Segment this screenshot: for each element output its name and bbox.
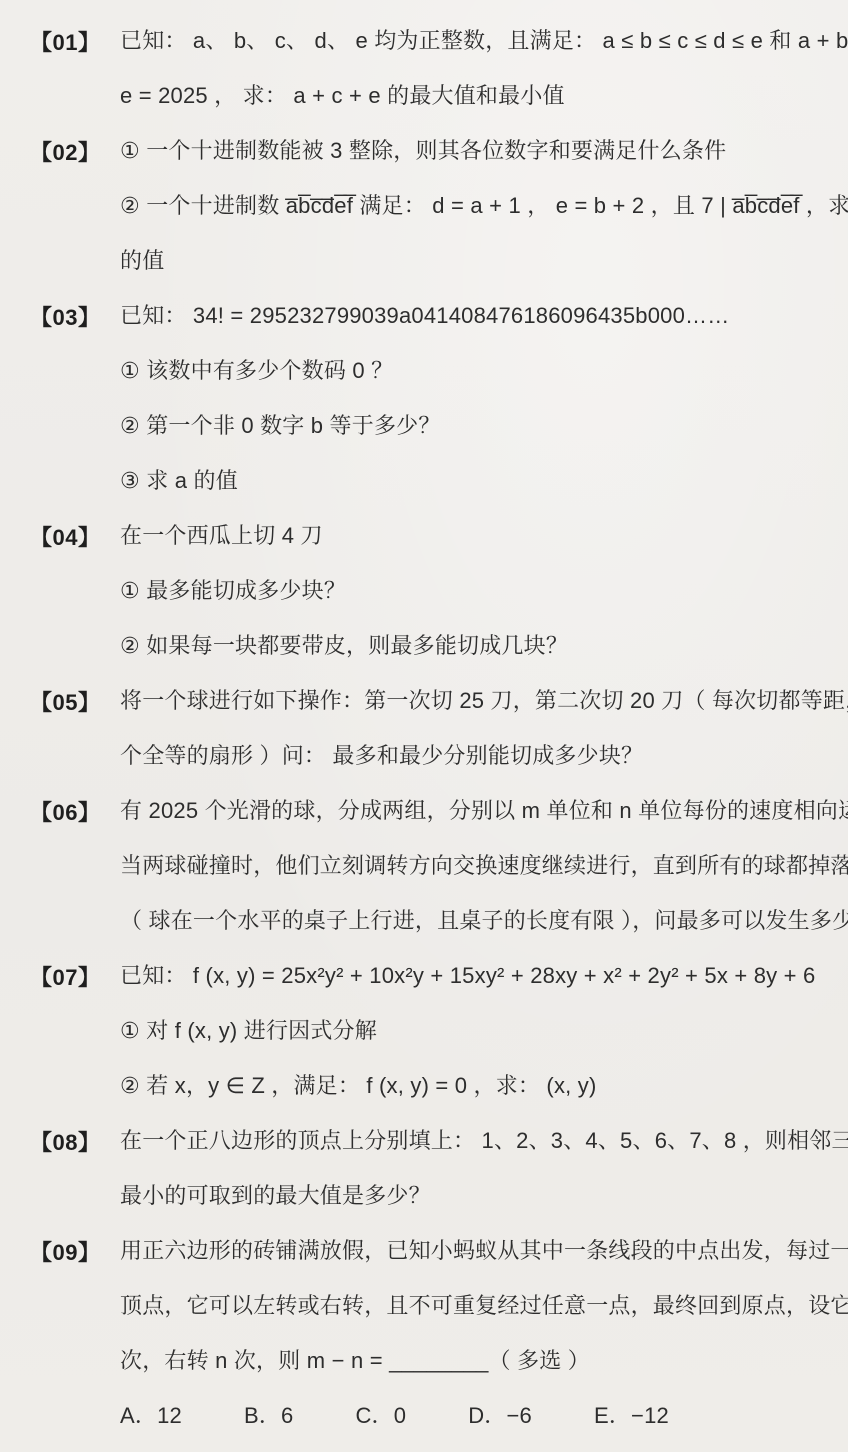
problem-number: 【03】	[0, 289, 120, 344]
problem-body: 用正六边形的砖铺满放假，已知小蚂蚁从其中一条线段的中点出发，每过一个公共 顶点，…	[120, 1224, 838, 1444]
problem-06: 【06】 有 2025 个光滑的球，分成两组，分别以 m 单位和 n 单位每份的…	[0, 784, 838, 949]
subquestion-3: ③ 求 a 的值	[120, 454, 838, 509]
option-b: B．6	[244, 1403, 294, 1429]
subquestion-1: ① 对 f (x, y) 进行因式分解	[120, 1004, 838, 1059]
worksheet-page: 【01】 已知： a、 b、 c、 d、 e 均为正整数，且满足： a ≤ b …	[0, 0, 848, 1452]
problem-08: 【08】 在一个正八边形的顶点上分别填上： 1、2、3、4、5、6、7、8 ，则…	[0, 1114, 838, 1224]
problem-number: 【06】	[0, 784, 120, 839]
problem-text-line: 将一个球进行如下操作：第一次切 25 刀，第二次切 20 刀（ 每次切都等距，切…	[120, 674, 838, 729]
subquestion-2: ② 第一个非 0 数字 b 等于多少？	[120, 399, 838, 454]
problem-text-line: 顶点，它可以左转或右转，且不可重复经过任意一点，最终回到原点，设它左转 m	[120, 1279, 838, 1334]
problem-text-line: 当两球碰撞时，他们立刻调转方向交换速度继续进行，直到所有的球都掉落为止	[120, 839, 838, 894]
problem-text-line: 用正六边形的砖铺满放假，已知小蚂蚁从其中一条线段的中点出发，每过一个公共	[120, 1224, 838, 1279]
problem-body: 在一个正八边形的顶点上分别填上： 1、2、3、4、5、6、7、8 ，则相邻三数和…	[120, 1114, 838, 1224]
problem-number: 【04】	[0, 509, 120, 564]
problem-number: 【09】	[0, 1224, 120, 1279]
subquestion-1: ① 最多能切成多少块？	[120, 564, 838, 619]
subquestion-2: ② 如果每一块都要带皮，则最多能切成几块？	[120, 619, 838, 674]
subquestion-2: ② 一个十进制数 a̅b̅c̅d̅e̅f̅ 满足： d = a + 1 ， e …	[120, 179, 838, 234]
problem-body: 有 2025 个光滑的球，分成两组，分别以 m 单位和 n 单位每份的速度相向运…	[120, 784, 838, 949]
problem-body: ① 一个十进制数能被 3 整除，则其各位数字和要满足什么条件 ② 一个十进制数 …	[120, 124, 838, 289]
problem-02: 【02】 ① 一个十进制数能被 3 整除，则其各位数字和要满足什么条件 ② 一个…	[0, 124, 838, 289]
problem-body: 已知： 34! = 295232799039a04140847618609643…	[120, 289, 838, 509]
problem-text-line: 已知： a、 b、 c、 d、 e 均为正整数，且满足： a ≤ b ≤ c ≤…	[120, 14, 838, 69]
problem-text-line: 在一个西瓜上切 4 刀	[120, 509, 838, 564]
fill-in-blank-line: 次，右转 n 次，则 m − n = ________（ 多选 ）	[120, 1334, 838, 1389]
option-d: D．−6	[468, 1403, 532, 1429]
problem-number: 【02】	[0, 124, 120, 179]
problem-number: 【08】	[0, 1114, 120, 1169]
problem-01: 【01】 已知： a、 b、 c、 d、 e 均为正整数，且满足： a ≤ b …	[0, 14, 838, 124]
problem-body: 将一个球进行如下操作：第一次切 25 刀，第二次切 20 刀（ 每次切都等距，切…	[120, 674, 838, 784]
problem-body: 已知： f (x, y) = 25x²y² + 10x²y + 15xy² + …	[120, 949, 838, 1114]
option-e: E．−12	[594, 1403, 669, 1429]
subquestion-2: ② 若 x，y ∈ Z ，满足： f (x, y) = 0 ，求： (x, y)	[120, 1059, 838, 1114]
problem-text-line: 个全等的扇形 ）问： 最多和最少分别能切成多少块？	[120, 729, 838, 784]
problem-text-line: 最小的可取到的最大值是多少？	[120, 1169, 838, 1224]
problem-body: 在一个西瓜上切 4 刀 ① 最多能切成多少块？ ② 如果每一块都要带皮，则最多能…	[120, 509, 838, 674]
option-c: C．0	[355, 1403, 406, 1429]
problem-04: 【04】 在一个西瓜上切 4 刀 ① 最多能切成多少块？ ② 如果每一块都要带皮…	[0, 509, 838, 674]
problem-formula-line: 已知： f (x, y) = 25x²y² + 10x²y + 15xy² + …	[120, 949, 838, 1004]
problem-text-line: 有 2025 个光滑的球，分成两组，分别以 m 单位和 n 单位每份的速度相向运…	[120, 784, 838, 839]
problem-number: 【01】	[0, 14, 120, 69]
problem-text-line: 的值	[120, 234, 838, 289]
choice-options-row: A．12 B．6 C．0 D．−6 E．−12	[120, 1389, 838, 1444]
problem-body: 已知： a、 b、 c、 d、 e 均为正整数，且满足： a ≤ b ≤ c ≤…	[120, 14, 838, 124]
problem-05: 【05】 将一个球进行如下操作：第一次切 25 刀，第二次切 20 刀（ 每次切…	[0, 674, 838, 784]
subquestion-1: ① 一个十进制数能被 3 整除，则其各位数字和要满足什么条件	[120, 124, 838, 179]
problem-text-line: 已知： 34! = 295232799039a04140847618609643…	[120, 289, 838, 344]
problem-number: 【05】	[0, 674, 120, 729]
option-a: A．12	[120, 1403, 182, 1429]
problem-09: 【09】 用正六边形的砖铺满放假，已知小蚂蚁从其中一条线段的中点出发，每过一个公…	[0, 1224, 838, 1444]
problem-text-line: （ 球在一个水平的桌子上行进，且桌子的长度有限 ），问最多可以发生多少次碰撞	[120, 894, 838, 949]
problem-03: 【03】 已知： 34! = 295232799039a041408476186…	[0, 289, 838, 509]
problem-text-line: e = 2025 ， 求： a + c + e 的最大值和最小值	[120, 69, 838, 124]
subquestion-1: ① 该数中有多少个数码 0 ？	[120, 344, 838, 399]
problem-text-line: 在一个正八边形的顶点上分别填上： 1、2、3、4、5、6、7、8 ，则相邻三数和…	[120, 1114, 838, 1169]
problem-07: 【07】 已知： f (x, y) = 25x²y² + 10x²y + 15x…	[0, 949, 838, 1114]
problem-number: 【07】	[0, 949, 120, 1004]
